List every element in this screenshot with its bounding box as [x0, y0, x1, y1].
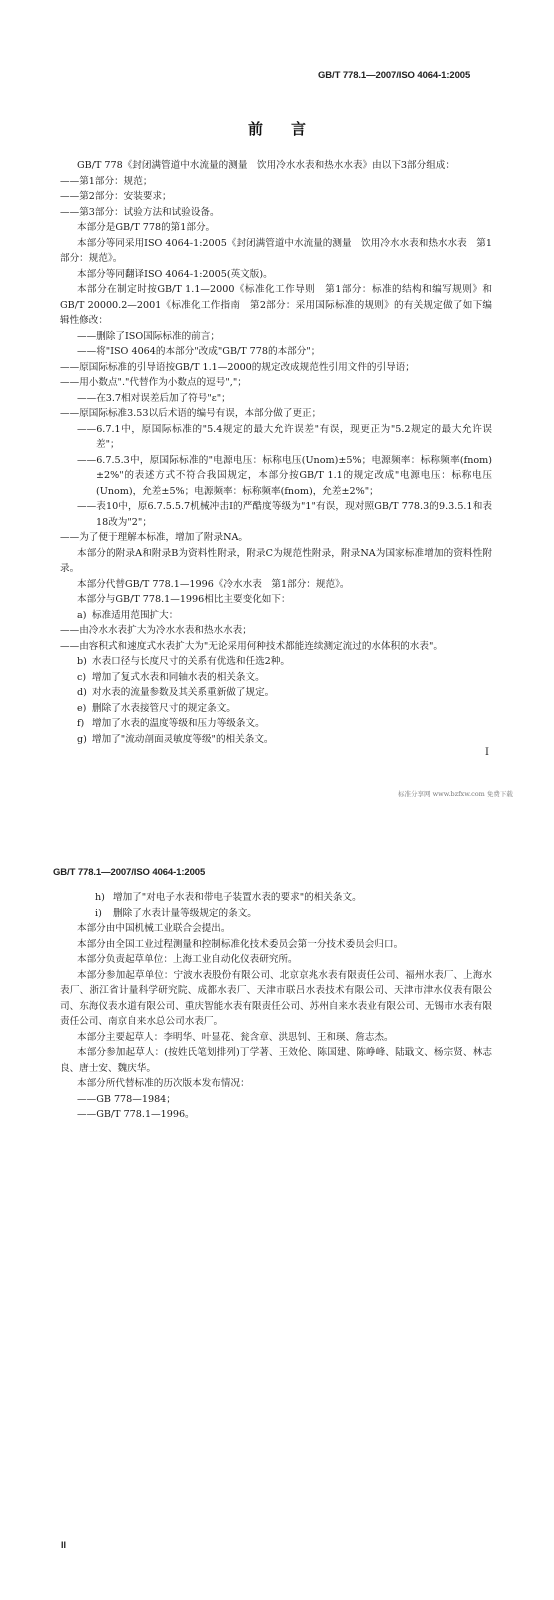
- paragraph: 本部分参加起草单位：宁波水表股份有限公司、北京京兆水表有限责任公司、福州水表厂、…: [60, 968, 492, 1030]
- paragraph: 本部分负责起草单位：上海工业自动化仪表研究所。: [60, 952, 492, 968]
- list-item: i)删除了水表计量等级规定的条文。: [60, 906, 492, 922]
- paragraph: 本部分主要起草人：李明华、叶显花、瓮含章、洪思钊、王和瑛、詹志杰。: [60, 1030, 492, 1046]
- list-item-text: 对水表的流量参数及其关系重新做了规定。: [92, 687, 274, 698]
- list-item: g)增加了"流动剖面灵敏度等级"的相关条文。: [60, 732, 492, 748]
- dash-list-item: ——删除了ISO国际标准的前言；: [60, 329, 492, 345]
- paragraph: 本部分参加起草人：(按姓氏笔划排列)丁学著、王效伦、陈国建、陈峥峰、陆戢文、杨宗…: [60, 1045, 492, 1076]
- dash-list-item: ——第1部分：规范；: [60, 174, 492, 190]
- list-item: h)增加了"对电子水表和带电子装置水表的要求"的相关条文。: [60, 890, 492, 906]
- list-item-text: 增加了水表的温度等级和压力等级条文。: [92, 718, 265, 729]
- standard-number-header: GB/T 778.1—2007/ISO 4064-1:2005: [53, 867, 205, 878]
- paragraph: 本部分由全国工业过程测量和控制标准化技术委员会第一分技术委员会归口。: [60, 937, 492, 953]
- list-item: b)水表口径与长度尺寸的关系有优选和任选2种。: [60, 654, 492, 670]
- list-item-text: 增加了"对电子水表和带电子装置水表的要求"的相关条文。: [113, 892, 362, 903]
- list-item-label: d): [77, 685, 92, 701]
- list-item: d)对水表的流量参数及其关系重新做了规定。: [60, 685, 492, 701]
- dash-list-item: ——由冷水水表扩大为冷水水表和热水水表；: [60, 623, 492, 639]
- dash-list-item: ——原国际标准3.53以后术语的编号有误，本部分做了更正；: [60, 406, 492, 422]
- list-item-text: 删除了水表计量等级规定的条文。: [113, 908, 257, 919]
- page-number: I: [485, 747, 489, 758]
- paragraph: 本部分的附录A和附录B为资料性附录，附录C为规范性附录，附录NA为国家标准增加的…: [60, 546, 492, 577]
- list-item-text: 增加了复式水表和同轴水表的相关条文。: [92, 672, 265, 683]
- paragraph: 本部分与GB/T 778.1—1996相比主要变化如下：: [60, 592, 492, 608]
- list-item: c)增加了复式水表和同轴水表的相关条文。: [60, 670, 492, 686]
- dash-list-item: ——用小数点"."代替作为小数点的逗号","；: [60, 375, 492, 391]
- paragraph: 本部分代替GB/T 778.1—1996《冷水水表 第1部分：规范》。: [60, 577, 492, 593]
- list-item-text: 标准适用范围扩大：: [92, 610, 178, 621]
- document-page-1: GB/T 778.1—2007/ISO 4064-1:2005 前言 GB/T …: [0, 0, 554, 800]
- page-title: 前言: [0, 118, 554, 139]
- watermark-text: 标准分享网 www.bzfxw.com 免费下载: [398, 789, 513, 798]
- list-item-text: 增加了"流动剖面灵敏度等级"的相关条文。: [92, 734, 274, 745]
- paragraph: 本部分所代替标准的历次版本发布情况：: [60, 1076, 492, 1092]
- list-item-text: 水表口径与长度尺寸的关系有优选和任选2种。: [92, 656, 290, 667]
- list-item-label: f): [77, 716, 92, 732]
- dash-list-item: ——GB 778—1984；: [60, 1092, 492, 1108]
- dash-list-item: ——6.7.5.3中，原国际标准的"电源电压：标称电压(Unom)±5%；电源频…: [60, 453, 492, 500]
- dash-list-item: ——GB/T 778.1—1996。: [60, 1107, 492, 1123]
- list-item-label: g): [77, 732, 92, 748]
- list-item-label: c): [77, 670, 92, 686]
- list-item-label: b): [77, 654, 92, 670]
- dash-list-item: ——在3.7相对误差后加了符号"ε"；: [60, 391, 492, 407]
- paragraph: GB/T 778《封闭满管道中水流量的测量 饮用冷水水表和热水水表》由以下3部分…: [60, 158, 492, 174]
- dash-list-item: ——为了便于理解本标准，增加了附录NA。: [60, 530, 492, 546]
- paragraph: 本部分等同翻译ISO 4064-1:2005(英文版)。: [60, 267, 492, 283]
- dash-list-item: ——第2部分：安装要求；: [60, 189, 492, 205]
- list-item-label: e): [77, 701, 92, 717]
- list-item: a)标准适用范围扩大：: [60, 608, 492, 624]
- dash-list-item: ——6.7.1中，原国际标准的"5.4规定的最大允许误差"有误，现更正为"5.2…: [60, 422, 492, 453]
- paragraph: 本部分在制定时按GB/T 1.1—2000《标准化工作导则 第1部分：标准的结构…: [60, 282, 492, 329]
- page-number: II: [61, 1540, 66, 1550]
- dash-list-item: ——第3部分：试验方法和试验设备。: [60, 205, 492, 221]
- standard-number-header: GB/T 778.1—2007/ISO 4064-1:2005: [318, 70, 470, 81]
- list-item-label: a): [77, 608, 92, 624]
- list-item: f)增加了水表的温度等级和压力等级条文。: [60, 716, 492, 732]
- dash-list-item: ——将"ISO 4064的本部分"改成"GB/T 778的本部分"；: [60, 344, 492, 360]
- foreword-body: GB/T 778《封闭满管道中水流量的测量 饮用冷水水表和热水水表》由以下3部分…: [60, 158, 492, 747]
- list-item-text: 删除了水表接管尺寸的规定条文。: [92, 703, 236, 714]
- dash-list-item: ——由容积式和速度式水表扩大为"无论采用何种技术都能连续测定流过的水体积的水表"…: [60, 639, 492, 655]
- paragraph: 本部分是GB/T 778的第1部分。: [60, 220, 492, 236]
- dash-list-item: ——表10中，原6.7.5.5.7机械冲击Ⅰ的严酷度等级为"1"有误，现对照GB…: [60, 499, 492, 530]
- paragraph: 本部分由中国机械工业联合会提出。: [60, 921, 492, 937]
- paragraph: 本部分等同采用ISO 4064-1:2005《封闭满管道中水流量的测量 饮用冷水…: [60, 236, 492, 267]
- list-item: e)删除了水表接管尺寸的规定条文。: [60, 701, 492, 717]
- dash-list-item: ——原国际标准的引导语按GB/T 1.1—2000的规定改成规范性引用文件的引导…: [60, 360, 492, 376]
- foreword-body-continued: h)增加了"对电子水表和带电子装置水表的要求"的相关条文。i)删除了水表计量等级…: [60, 890, 492, 1123]
- list-item-label: i): [95, 906, 113, 922]
- document-page-2: GB/T 778.1—2007/ISO 4064-1:2005 h)增加了"对电…: [0, 800, 554, 1600]
- list-item-label: h): [95, 890, 113, 906]
